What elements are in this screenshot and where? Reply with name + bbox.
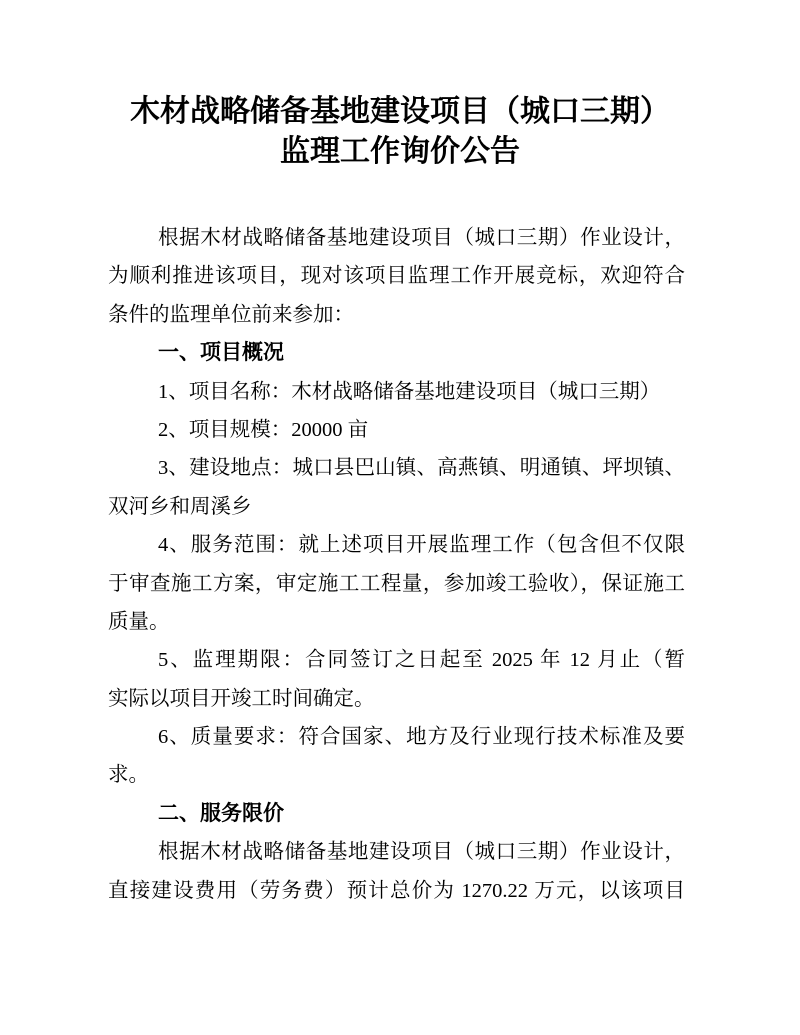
text-line: 根据木材战略储备基地建设项目（城口三期）作业设计， xyxy=(108,219,685,257)
document-title-line-1: 木材战略储备基地建设项目（城口三期） xyxy=(0,92,800,132)
document-body: 根据木材战略储备基地建设项目（城口三期）作业设计，为顺利推进该项目，现对该项目监… xyxy=(0,219,800,910)
document-title-line-2: 监理工作询价公告 xyxy=(0,132,800,172)
document-title: 木材战略储备基地建设项目（城口三期） 监理工作询价公告 xyxy=(0,0,800,172)
text-line: 6、质量要求：符合国家、地方及行业现行技术标准及要 xyxy=(108,718,685,756)
text-line: 求。 xyxy=(108,756,685,794)
text-line: 实际以项目开竣工时间确定。 xyxy=(108,680,685,718)
text-line: 1、项目名称：木材战略储备基地建设项目（城口三期） xyxy=(108,373,685,411)
text-line: 根据木材战略储备基地建设项目（城口三期）作业设计， xyxy=(108,833,685,871)
text-line: 质量。 xyxy=(108,603,685,641)
text-line: 2、项目规模：20000 亩 xyxy=(108,411,685,449)
section-heading: 二、服务限价 xyxy=(108,795,685,833)
text-line: 双河乡和周溪乡 xyxy=(108,488,685,526)
document-page: 木材战略储备基地建设项目（城口三期） 监理工作询价公告 根据木材战略储备基地建设… xyxy=(0,0,800,1035)
text-line: 5、监理期限：合同签订之日起至 2025 年 12 月止（暂定）， xyxy=(108,641,685,679)
text-line: 直接建设费用（劳务费）预计总价为 1270.22 万元，以该项目 xyxy=(108,872,685,910)
text-line: 3、建设地点：城口县巴山镇、高燕镇、明通镇、坪坝镇、 xyxy=(108,449,685,487)
text-line: 4、服务范围：就上述项目开展监理工作（包含但不仅限 xyxy=(108,526,685,564)
section-heading: 一、项目概况 xyxy=(108,334,685,372)
text-line: 条件的监理单位前来参加： xyxy=(108,296,685,334)
text-line: 为顺利推进该项目，现对该项目监理工作开展竞标，欢迎符合 xyxy=(108,257,685,295)
text-line: 于审查施工方案，审定施工工程量，参加竣工验收），保证施工 xyxy=(108,565,685,603)
